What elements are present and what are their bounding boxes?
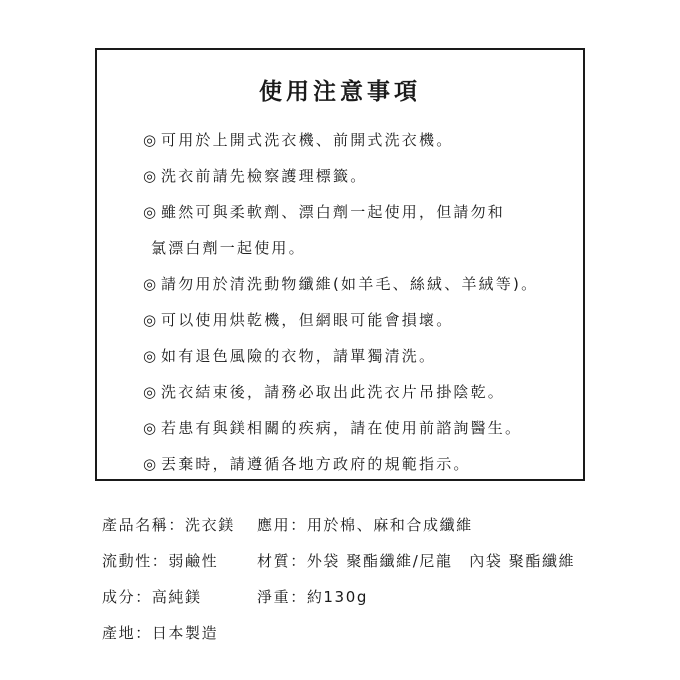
usage-notice-box: 使用注意事項 ◎可用於上開式洗衣機、前開式洗衣機。 ◎洗衣前請先檢察護理標籤。 … [95, 48, 585, 481]
spec-origin: 產地：日本製造 [102, 615, 218, 651]
spec-value: 約130g [307, 588, 368, 606]
notice-item-continuation: 氯漂白劑一起使用。 [143, 230, 538, 266]
notice-item: ◎可以使用烘乾機，但網眼可能會損壞。 [143, 302, 538, 338]
spec-value: 日本製造 [152, 624, 218, 642]
spec-product-name: 產品名稱：洗衣鎂 [102, 507, 235, 543]
spec-label: 流動性： [102, 552, 168, 570]
notice-item: ◎洗衣結束後，請務必取出此洗衣片吊掛陰乾。 [143, 374, 538, 410]
double-circle-bullet-icon: ◎ [143, 374, 161, 410]
spec-label: 產品名稱： [102, 516, 185, 534]
spec-application: 應用：用於棉、麻和合成纖維 [257, 507, 473, 543]
double-circle-bullet-icon: ◎ [143, 338, 161, 374]
notice-item-text: 請勿用於清洗動物纖維(如羊毛、絲絨、羊絨等)。 [161, 275, 538, 293]
double-circle-bullet-icon: ◎ [143, 302, 161, 338]
double-circle-bullet-icon: ◎ [143, 194, 161, 230]
spec-fluidity: 流動性：弱鹼性 [102, 543, 218, 579]
spec-label: 產地： [102, 624, 152, 642]
spec-value: 洗衣鎂 [185, 516, 235, 534]
spec-value: 用於棉、麻和合成纖維 [307, 516, 473, 534]
double-circle-bullet-icon: ◎ [143, 122, 161, 158]
notice-title: 使用注意事項 [97, 78, 583, 106]
notice-item-continuation-text: 氯漂白劑一起使用。 [151, 239, 306, 257]
notice-item: ◎雖然可與柔軟劑、漂白劑一起使用，但請勿和 [143, 194, 538, 230]
notice-item: ◎洗衣前請先檢察護理標籤。 [143, 158, 538, 194]
spec-net-weight: 淨重：約130g [257, 579, 368, 615]
notice-item: ◎若患有與鎂相關的疾病，請在使用前諮詢醫生。 [143, 410, 538, 446]
notice-item-text: 可用於上開式洗衣機、前開式洗衣機。 [161, 131, 453, 149]
spec-value: 弱鹼性 [168, 552, 218, 570]
double-circle-bullet-icon: ◎ [143, 266, 161, 302]
notice-item-text: 如有退色風險的衣物，請單獨清洗。 [161, 347, 436, 365]
spec-label: 應用： [257, 516, 307, 534]
notice-item-text: 洗衣前請先檢察護理標籤。 [161, 167, 367, 185]
double-circle-bullet-icon: ◎ [143, 410, 161, 446]
notice-item-text: 丟棄時，請遵循各地方政府的規範指示。 [161, 455, 471, 473]
notice-item-text: 雖然可與柔軟劑、漂白劑一起使用，但請勿和 [161, 203, 505, 221]
notice-item: ◎請勿用於清洗動物纖維(如羊毛、絲絨、羊絨等)。 [143, 266, 538, 302]
spec-value: 外袋 聚酯纖維/尼龍 內袋 聚酯纖維 [307, 552, 575, 570]
notice-item-text: 可以使用烘乾機，但網眼可能會損壞。 [161, 311, 453, 329]
spec-material: 材質：外袋 聚酯纖維/尼龍 內袋 聚酯纖維 [257, 543, 575, 579]
spec-label: 淨重： [257, 588, 307, 606]
spec-label: 成分： [102, 588, 152, 606]
spec-label: 材質： [257, 552, 307, 570]
notice-item-text: 若患有與鎂相關的疾病，請在使用前諮詢醫生。 [161, 419, 522, 437]
double-circle-bullet-icon: ◎ [143, 158, 161, 194]
notice-item: ◎丟棄時，請遵循各地方政府的規範指示。 [143, 446, 538, 482]
spec-value: 高純鎂 [152, 588, 202, 606]
notice-item: ◎可用於上開式洗衣機、前開式洗衣機。 [143, 122, 538, 158]
notice-item: ◎如有退色風險的衣物，請單獨清洗。 [143, 338, 538, 374]
spec-ingredient: 成分：高純鎂 [102, 579, 202, 615]
double-circle-bullet-icon: ◎ [143, 446, 161, 482]
notice-item-text: 洗衣結束後，請務必取出此洗衣片吊掛陰乾。 [161, 383, 505, 401]
notice-list: ◎可用於上開式洗衣機、前開式洗衣機。 ◎洗衣前請先檢察護理標籤。 ◎雖然可與柔軟… [143, 122, 538, 482]
